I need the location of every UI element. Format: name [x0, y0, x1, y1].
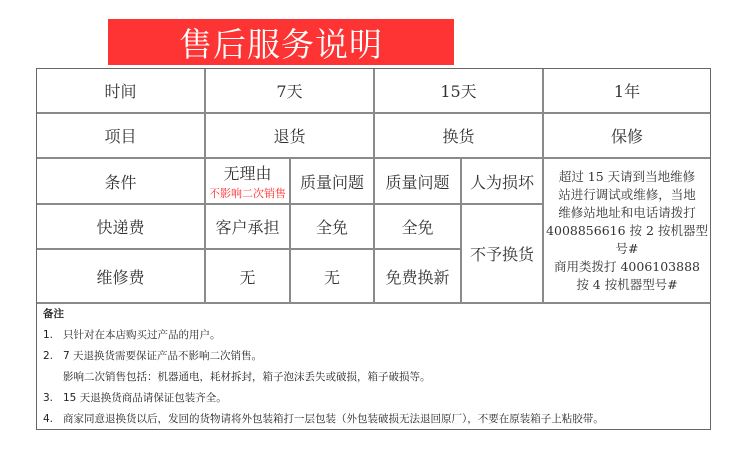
note-number: 2. — [43, 350, 63, 362]
notes-section: 备注 1.只针对在本店购买过产品的用户。 2.7 天退换货需要保证产品不影响二次… — [36, 303, 711, 430]
note-item: 3.15 天退换货商品请保证包装齐全。 — [43, 390, 227, 405]
note-number: 3. — [43, 392, 63, 404]
note-item: 影响二次销售包括：机器通电，耗材拆封，箱子泡沫丢失或破损，箱子破损等。 — [43, 369, 431, 384]
note-text: 影响二次销售包括：机器通电，耗材拆封，箱子泡沫丢失或破损，箱子破损等。 — [63, 371, 431, 383]
note-number: 1. — [43, 329, 63, 341]
note-item: 4.商家同意退换货以后，发回的货物请将外包装箱打一层包装（外包装破损无法退回原厂… — [43, 411, 604, 426]
note-text: 商家同意退换货以后，发回的货物请将外包装箱打一层包装（外包装破损无法退回原厂），… — [63, 413, 604, 425]
after-sales-table: 时间 7天 15天 1年 项目 退货 换货 保修 条件 无理由 不影响二次销售 … — [36, 68, 711, 430]
note-number: 4. — [43, 413, 63, 425]
note-item: 1.只针对在本店购买过产品的用户。 — [43, 327, 221, 342]
note-text: 15 天退换货商品请保证包装齐全。 — [63, 392, 227, 404]
note-item: 2.7 天退换货需要保证产品不影响二次销售。 — [43, 348, 262, 363]
note-text: 7 天退换货需要保证产品不影响二次销售。 — [63, 350, 262, 362]
note-text: 只针对在本店购买过产品的用户。 — [63, 329, 221, 341]
notes-title: 备注 — [43, 306, 64, 321]
page-title: 售后服务说明 — [179, 19, 383, 66]
page-title-banner: 售后服务说明 — [108, 19, 454, 65]
